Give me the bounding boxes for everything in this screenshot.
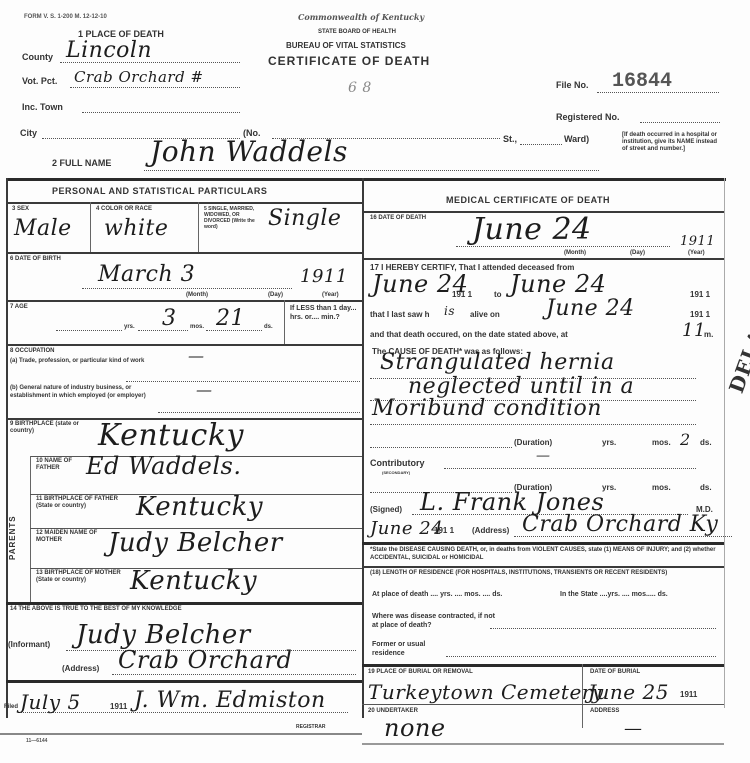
hospital-note: [If death occurred in a hospital or inst… [622,132,722,153]
vot-pct-value: Crab Orchard # [74,68,204,86]
at-place-of-death-label: At place of death .... yrs. .... mos. ..… [372,590,532,599]
date-of-death-year: 1911 [680,234,715,249]
dob-label: 6 DATE OF BIRTH [10,256,61,262]
duration-label: (Duration) [514,438,552,447]
filed-date-value: July 5 [20,690,81,714]
marital-status-value: Single [268,206,341,231]
where-contracted-label: Where was disease contracted, if not at … [372,612,502,630]
last-saw-suffix: alive on [470,310,500,319]
registrar-label: REGISTRAR [296,724,325,730]
parents-label: PARENTS [8,515,17,560]
duration-days-value: 2 [680,430,691,449]
duration-yrs-label: yrs. [602,438,616,447]
contributory-value: — [536,448,551,464]
secondary-label: (SECONDARY) [382,470,410,475]
in-state-label: In the State ....yrs. .... mos..... ds. [560,590,720,599]
age-days-value: 21 [216,306,245,331]
signed-label: (Signed) [370,505,402,514]
contributory-label: Contributory [370,458,425,468]
father-name-value: Ed Waddels. [86,452,241,480]
marital-status-label: 5 SINGLE, MARRIED, WIDOWED, OR DIVORCED … [204,206,266,230]
duration-ds-label: ds. [700,438,712,447]
month-caption: (Month) [186,292,208,298]
cause-footnote: *State the DISEASE CAUSING DEATH, or, in… [370,546,722,562]
age-ds-label: ds. [264,324,273,330]
mother-birthplace-label: 13 BIRTHPLACE OF MOTHER (State or countr… [36,570,126,584]
dod-month-caption: (Month) [564,250,586,256]
occupation-label: 8 OCCUPATION [10,348,54,354]
informant-header: 14 THE ABOVE IS TRUE TO THE BEST OF MY K… [10,606,182,612]
full-name-value: John Waddels [150,135,348,168]
duration-2-ds-label: ds. [700,483,712,492]
less-than-day-label: If LESS than 1 day... hrs. or.... min.? [290,304,358,322]
signed-year-value: 191 1 [434,526,454,535]
death-occurred-text: and that death occured, on the date stat… [370,330,568,339]
duration-2-mos-label: mos. [652,483,671,492]
last-saw-text: that I last saw h [370,310,430,319]
personal-section-title: PERSONAL AND STATISTICAL PARTICULARS [52,186,267,196]
mother-name-label: 12 MAIDEN NAME OF MOTHER [36,530,116,544]
mother-birthplace-value: Kentucky [130,566,257,596]
age-mos-label: mos. [190,324,204,330]
date-of-death-label: 16 DATE OF DEATH [370,215,426,221]
board-title: STATE BOARD OF HEALTH [318,29,396,35]
age-label: 7 AGE [10,304,28,310]
dob-month-day-value: March 3 [98,262,195,287]
death-time-value: 11 [682,320,706,341]
burial-date-label: DATE OF BURIAL [590,669,640,675]
father-birthplace-label: 11 BIRTHPLACE OF FATHER (State or countr… [36,496,126,510]
father-birthplace-value: Kentucky [136,492,263,522]
death-certificate: FORM V. S. 1-200 M. 12-12-10 Commonwealt… [0,0,750,763]
mother-name-value: Judy Belcher [108,528,283,558]
street-label: St., [503,134,517,144]
registered-no-label: Registered No. [556,112,620,122]
pencil-mark: 6 8 [348,80,372,96]
occupation-b-value: — [196,380,213,399]
physician-address-label: (Address) [472,526,509,535]
attended-to-value: June 24 [510,270,606,298]
signed-date-value: June 24 [370,518,443,539]
occupation-a-value: — [188,346,205,365]
burial-date-value: June 25 [588,680,669,704]
color-race-label: 4 COLOR OR RACE [96,206,152,212]
full-name-label: 2 FULL NAME [52,158,111,168]
burial-place-label: 19 PLACE OF BURIAL OR REMOVAL [368,669,473,675]
file-no-label: File No. [556,80,589,90]
attended-from-year: 191 1 [452,290,472,299]
burial-address-value: — [624,718,643,739]
inc-town-label: Inc. Town [22,102,63,112]
death-time-suffix: m. [704,330,713,339]
year-caption: (Year) [322,292,339,298]
age-months-value: 3 [162,306,177,331]
burial-date-year: 1911 [680,690,697,699]
medical-section-title: MEDICAL CERTIFICATE OF DEATH [446,195,610,205]
occupation-a-label: (a) Trade, profession, or particular kin… [10,357,160,365]
cause-line-3: Moribund condition [372,396,602,421]
bottom-code: 11—6144 [26,738,47,744]
attended-to-year: 191 1 [690,290,710,299]
registrar-signature: J. Wm. Edmiston [134,688,326,713]
burial-address-label: ADDRESS [590,708,619,714]
date-of-death-value: June 24 [472,212,592,247]
last-saw-year: 191 1 [690,310,710,319]
burial-place-value: Turkeytown Cemetery [368,680,604,704]
dob-year-value: 1911 [300,266,348,287]
county-label: County [22,52,53,62]
former-residence-label: Former or usual residence [372,640,452,658]
county-value: Lincoln [66,38,152,63]
informant-address-label: (Address) [62,664,99,673]
day-caption: (Day) [268,292,283,298]
vot-pct-label: Vot. Pct. [22,76,57,86]
filed-label: Filed [4,704,18,710]
age-yrs-label: yrs. [124,324,135,330]
filed-year-value: 1911 [110,702,127,711]
bureau-title: BUREAU OF VITAL STATISTICS [286,41,406,50]
dod-year-caption: (Year) [688,250,705,256]
duration-mos-label: mos. [652,438,671,447]
residence-label: (18) LENGTH OF RESIDENCE (FOR HOSPITALS,… [370,569,722,577]
birthplace-value: Kentucky [98,418,244,453]
occupation-b-label: (b) General nature of industry business,… [10,384,160,400]
commonwealth-title: Commonwealth of Kentucky [298,12,424,22]
certificate-title: CERTIFICATE OF DEATH [268,54,430,68]
last-saw-value: June 24 [546,296,635,321]
birthplace-label: 9 BIRTHPLACE (state or country) [10,421,100,435]
attended-to-label: to [494,290,502,299]
file-no-value: 16844 [612,70,672,93]
color-race-value: white [104,216,168,241]
delay-stamp: DELAY [724,312,750,396]
city-label: City [20,128,37,138]
cause-line-1: Strangulated hernia [380,350,615,375]
informant-label: (Informant) [8,640,50,649]
physician-address-value: Crab Orchard Ky [522,512,718,537]
ward-label: Ward) [564,134,589,144]
undertaker-value: none [384,714,446,742]
informant-address-value: Crab Orchard [118,646,292,674]
sex-label: 3 SEX [12,206,29,212]
form-number: FORM V. S. 1-200 M. 12-12-10 [24,14,107,20]
sex-value: Male [14,216,72,241]
dod-day-caption: (Day) [630,250,645,256]
